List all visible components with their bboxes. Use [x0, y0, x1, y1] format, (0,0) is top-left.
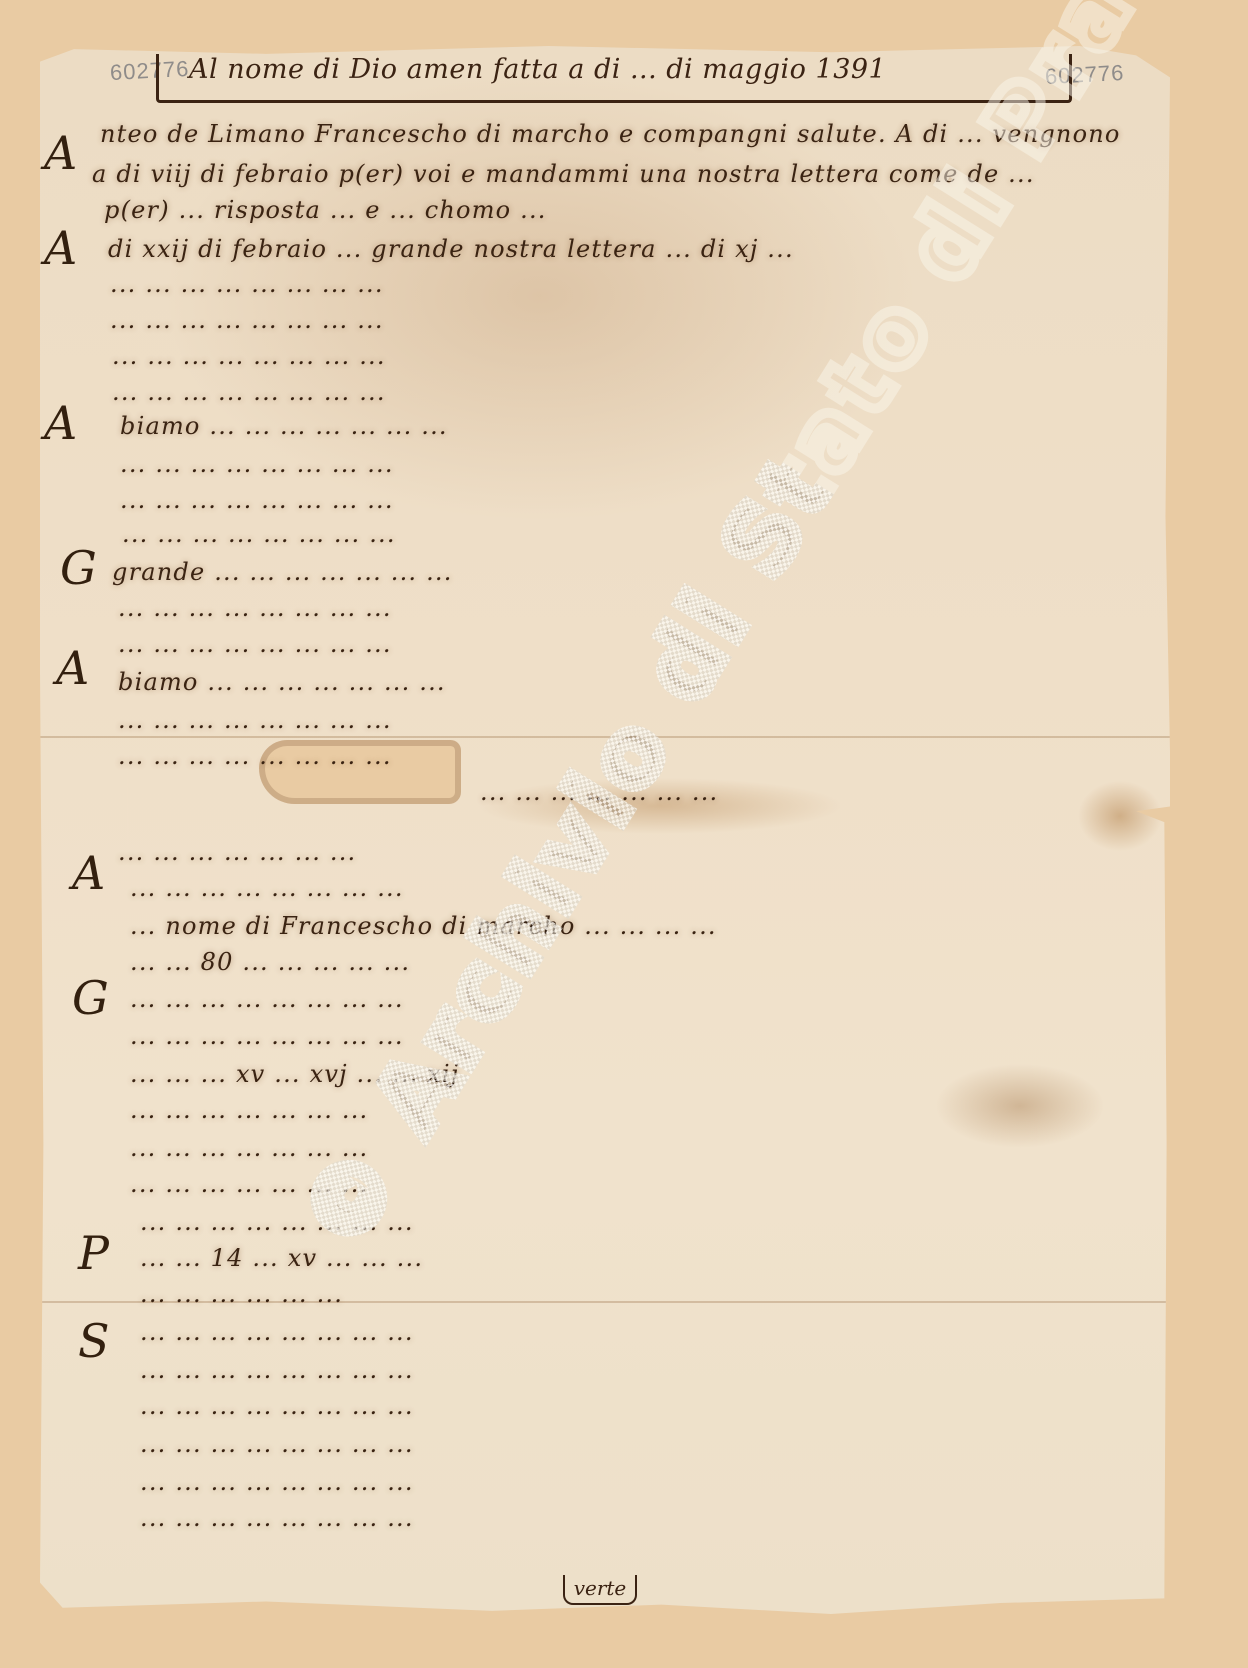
text-line: ... nome di Francescho di marcho ... ...… — [130, 912, 717, 940]
text-line: ... ... ... ... ... ... ... ... — [118, 594, 392, 622]
margin-initial: G — [60, 545, 97, 591]
text-line: ... ... ... ... ... ... ... ... — [120, 486, 394, 514]
text-line: ... ... ... ... ... ... ... ... — [140, 1318, 414, 1346]
text-line: a di viij di febraio p(er) voi e mandamm… — [92, 160, 1035, 188]
margin-initial: A — [44, 400, 77, 446]
heading-text: Al nome di Dio amen fatta a di ... di ma… — [189, 54, 886, 85]
text-line: ... ... ... ... ... ... ... ... — [140, 1430, 414, 1458]
margin-initial: A — [44, 130, 77, 176]
letter-heading: Al nome di Dio amen fatta a di ... di ma… — [156, 54, 1072, 103]
text-line: ... ... ... ... ... ... ... — [118, 838, 356, 866]
margin-initial: A — [72, 850, 105, 896]
text-line: ... ... ... ... ... ... ... ... — [118, 630, 392, 658]
margin-initial: G — [72, 975, 109, 1021]
text-line: p(er) ... risposta ... e ... chomo ... — [104, 196, 547, 224]
margin-initial: S — [78, 1318, 110, 1364]
text-line: ... ... ... ... ... ... ... ... — [118, 742, 392, 770]
text-line: grande ... ... ... ... ... ... ... — [112, 558, 453, 586]
text-line: ... ... ... ... ... ... ... ... — [110, 270, 384, 298]
text-line: ... ... ... ... ... ... ... ... — [140, 1392, 414, 1420]
text-line: ... ... ... ... ... ... ... ... — [140, 1504, 414, 1532]
margin-initial: A — [56, 645, 89, 691]
text-line: ... ... ... ... ... ... ... ... — [130, 874, 404, 902]
text-line: di xxij di febraio ... grande nostra let… — [108, 235, 794, 263]
text-line: ... ... ... ... ... ... ... ... — [140, 1468, 414, 1496]
text-line: ... ... ... ... ... ... ... ... — [112, 378, 386, 406]
text-line: ... ... 80 ... ... ... ... ... — [130, 948, 410, 976]
verte-note: verte — [563, 1575, 637, 1605]
text-line: ... ... ... ... ... ... ... ... — [130, 1022, 404, 1050]
text-line: ... ... ... ... ... ... ... ... — [110, 306, 384, 334]
text-line: ... ... ... ... ... ... ... ... — [118, 706, 392, 734]
text-line: ... ... ... ... ... ... — [140, 1280, 343, 1308]
text-line: biamo ... ... ... ... ... ... ... — [118, 668, 446, 696]
text-line: ... ... ... ... ... ... ... — [130, 1096, 368, 1124]
margin-initial: A — [44, 225, 77, 271]
margin-initial: P — [78, 1230, 109, 1276]
text-line: ... ... ... ... ... ... ... ... — [130, 985, 404, 1013]
text-line: biamo ... ... ... ... ... ... ... — [120, 412, 448, 440]
text-line: ... ... ... ... ... ... ... ... — [140, 1356, 414, 1384]
text-line: ... ... ... ... ... ... ... ... — [122, 520, 396, 548]
text-line: ... ... ... ... ... ... ... ... — [120, 450, 394, 478]
text-line: ... ... ... ... ... ... ... ... — [112, 342, 386, 370]
